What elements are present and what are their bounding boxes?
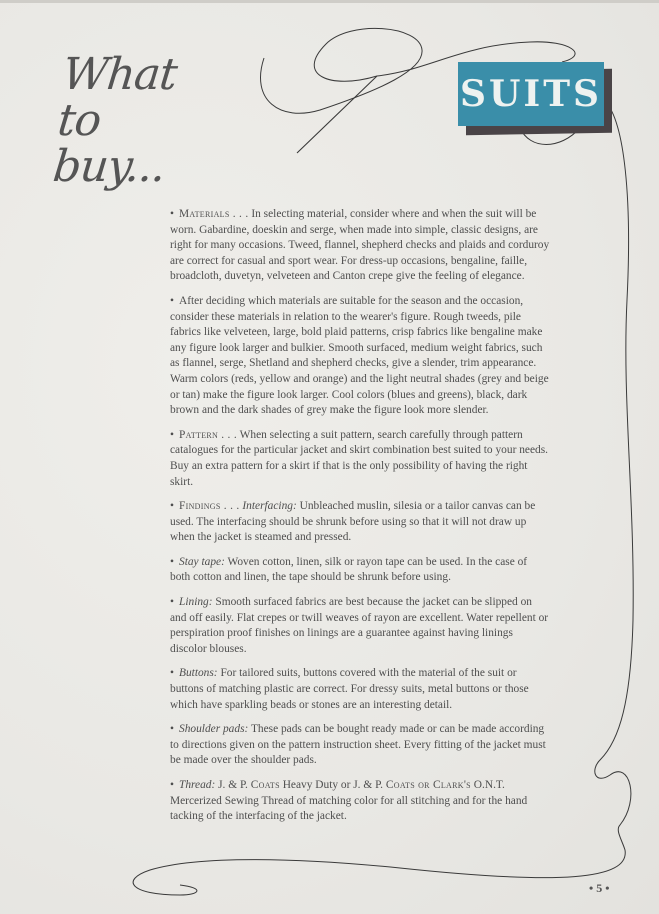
paragraph: •Pattern . . . When selecting a suit pat… <box>170 428 550 490</box>
bullet-icon: • <box>170 596 174 608</box>
paragraph: •Buttons: For tailored suits, buttons co… <box>170 666 550 713</box>
paragraph-lead: Buttons: <box>179 667 218 679</box>
paragraph: •Materials . . . In selecting material, … <box>170 207 550 285</box>
paragraph-lead: Thread: <box>179 779 215 791</box>
paragraph: •After deciding which materials are suit… <box>170 294 550 419</box>
paragraph-lead: Materials . . . <box>179 208 249 220</box>
bullet-icon: • <box>170 667 174 679</box>
suits-banner: SUITS <box>458 62 608 132</box>
heading-line-2: to <box>56 98 171 144</box>
needle-icon <box>297 76 377 153</box>
paragraph: •Lining: Smooth surfaced fabrics are bes… <box>170 595 550 657</box>
paragraph-text: Heavy Duty or J. & P. <box>280 779 386 791</box>
paragraph-text: J. & P. <box>215 779 250 791</box>
bullet-icon: • <box>170 556 174 568</box>
paragraph-lead: Findings . . . <box>179 500 240 512</box>
bullet-icon: • <box>170 500 174 512</box>
paragraph-lead: Lining: <box>179 596 213 608</box>
banner-face: SUITS <box>458 62 604 126</box>
bullet-icon: • <box>170 208 174 220</box>
paragraph: •Thread: J. & P. Coats Heavy Duty or J. … <box>170 778 550 825</box>
paragraph-text: For tailored suits, buttons covered with… <box>170 667 529 710</box>
heading-line-3: buy... <box>51 144 166 190</box>
paragraph-lead: Stay tape: <box>179 556 225 568</box>
paragraph: •Stay tape: Woven cotton, linen, silk or… <box>170 555 550 586</box>
banner-title: SUITS <box>460 73 602 115</box>
bullet-icon: • <box>170 295 174 307</box>
paragraph-text: After deciding which materials are suita… <box>170 295 549 416</box>
paragraph-text: Smooth surfaced fabrics are best because… <box>170 596 548 655</box>
paragraph: •Shoulder pads: These pads can be bought… <box>170 722 550 769</box>
bullet-icon: • <box>170 429 174 441</box>
paragraph-lead: Pattern . . . <box>179 429 237 441</box>
paragraph-text: Coats <box>251 779 280 791</box>
paragraph-sublead: Interfacing: <box>240 500 297 512</box>
paragraph-text: Coats or Clark's <box>386 779 471 791</box>
paragraph: •Findings . . . Interfacing: Unbleached … <box>170 499 550 546</box>
bullet-icon: • <box>170 723 174 735</box>
heading-line-1: What <box>60 52 175 98</box>
bullet-icon: • <box>170 779 174 791</box>
page-number: • 5 • <box>589 881 609 896</box>
what-to-buy-heading: What to buy... <box>51 52 176 190</box>
paragraph-lead: Shoulder pads: <box>179 723 248 735</box>
article-body: •Materials . . . In selecting material, … <box>170 207 550 834</box>
